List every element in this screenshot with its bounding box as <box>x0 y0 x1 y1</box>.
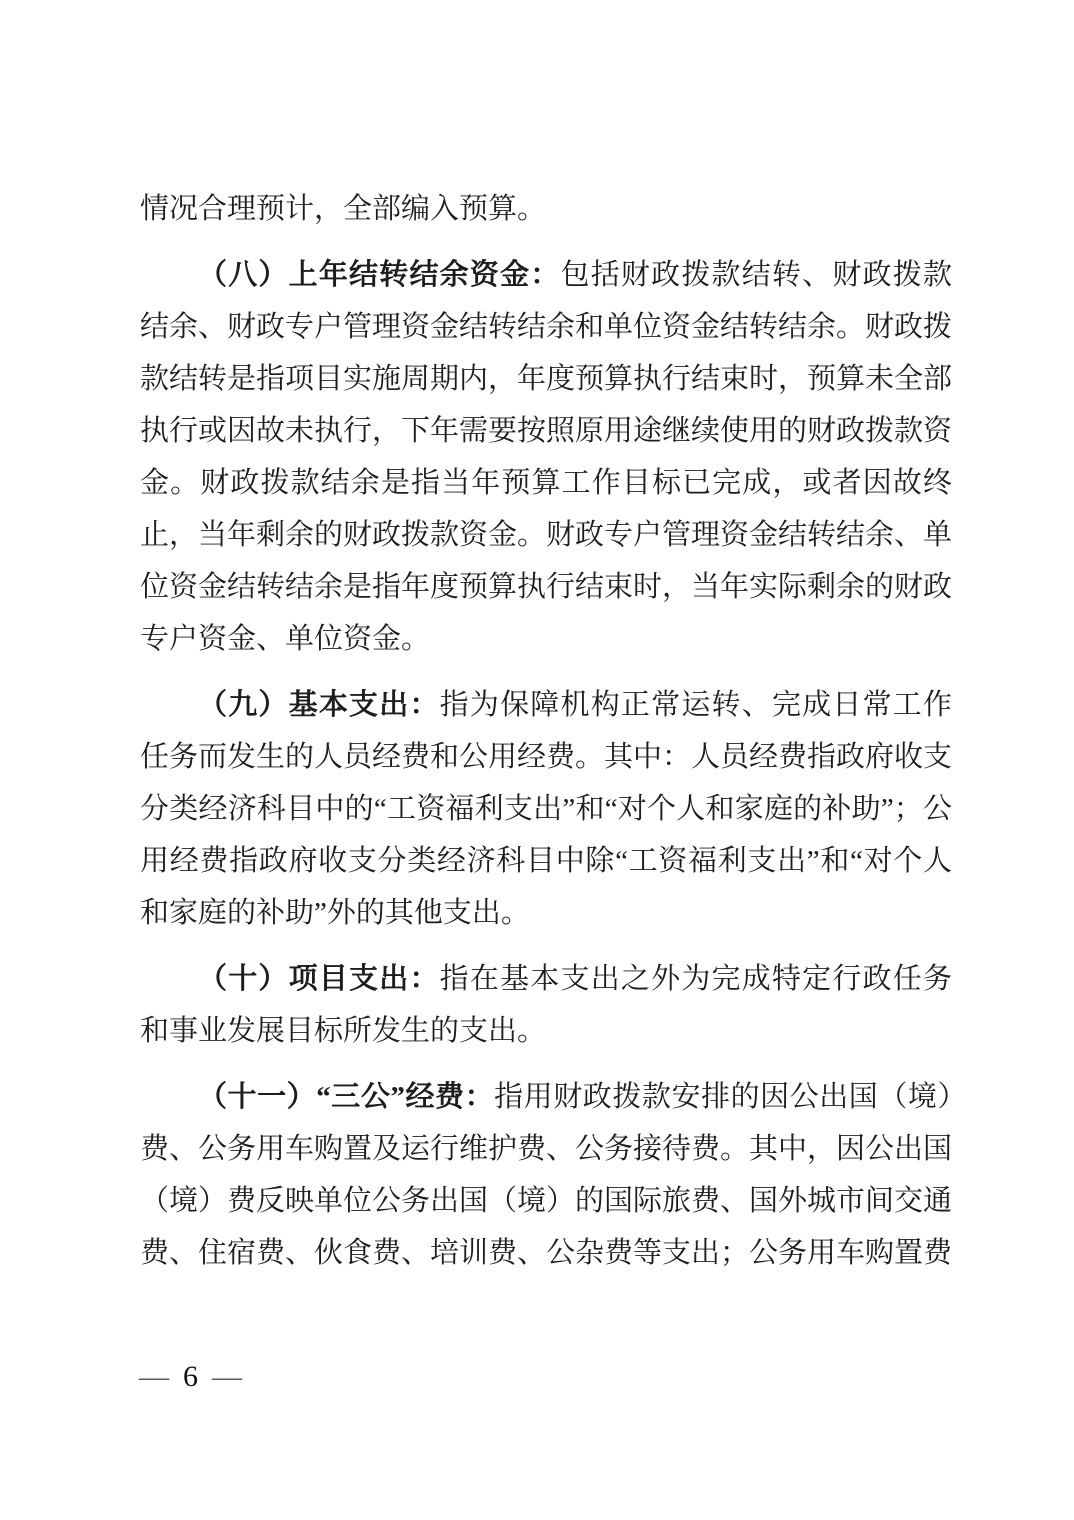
paragraph: （八）上年结转结余资金：包括财政拨款结转、财政拨款结余、财政专户管理资金结转结余… <box>140 249 952 665</box>
term-lead-in: （九）基本支出： <box>198 689 440 721</box>
document-body: 情况合理预计，全部编入预算。（八）上年结转结余资金：包括财政拨款结转、财政拨款结… <box>140 183 952 1279</box>
paragraph-text: 包括财政拨款结转、财政拨款结余、财政专户管理资金结转结余和单位资金结转结余。财政… <box>140 259 952 655</box>
paragraph: 情况合理预计，全部编入预算。 <box>140 183 952 235</box>
paragraph: （十一）“三公”经费：指用财政拨款安排的因公出国（境）费、公务用车购置及运行维护… <box>140 1071 952 1279</box>
document-page: 情况合理预计，全部编入预算。（八）上年结转结余资金：包括财政拨款结转、财政拨款结… <box>0 0 1074 1520</box>
paragraph-text: 情况合理预计，全部编入预算。 <box>140 193 546 225</box>
page-footer: —6— <box>139 1362 242 1392</box>
footer-dash-left: — <box>139 1360 169 1393</box>
term-lead-in: （八）上年结转结余资金： <box>198 259 561 291</box>
paragraph: （九）基本支出：指为保障机构正常运转、完成日常工作任务而发生的人员经费和公用经费… <box>140 679 952 939</box>
term-lead-in: （十）项目支出： <box>198 963 440 995</box>
term-lead-in: （十一）“三公”经费： <box>198 1081 494 1113</box>
page-number: 6 <box>183 1360 198 1393</box>
footer-dash-right: — <box>212 1360 242 1393</box>
paragraph-text: 指为保障机构正常运转、完成日常工作任务而发生的人员经费和公用经费。其中：人员经费… <box>140 689 952 929</box>
paragraph: （十）项目支出：指在基本支出之外为完成特定行政任务和事业发展目标所发生的支出。 <box>140 953 952 1057</box>
